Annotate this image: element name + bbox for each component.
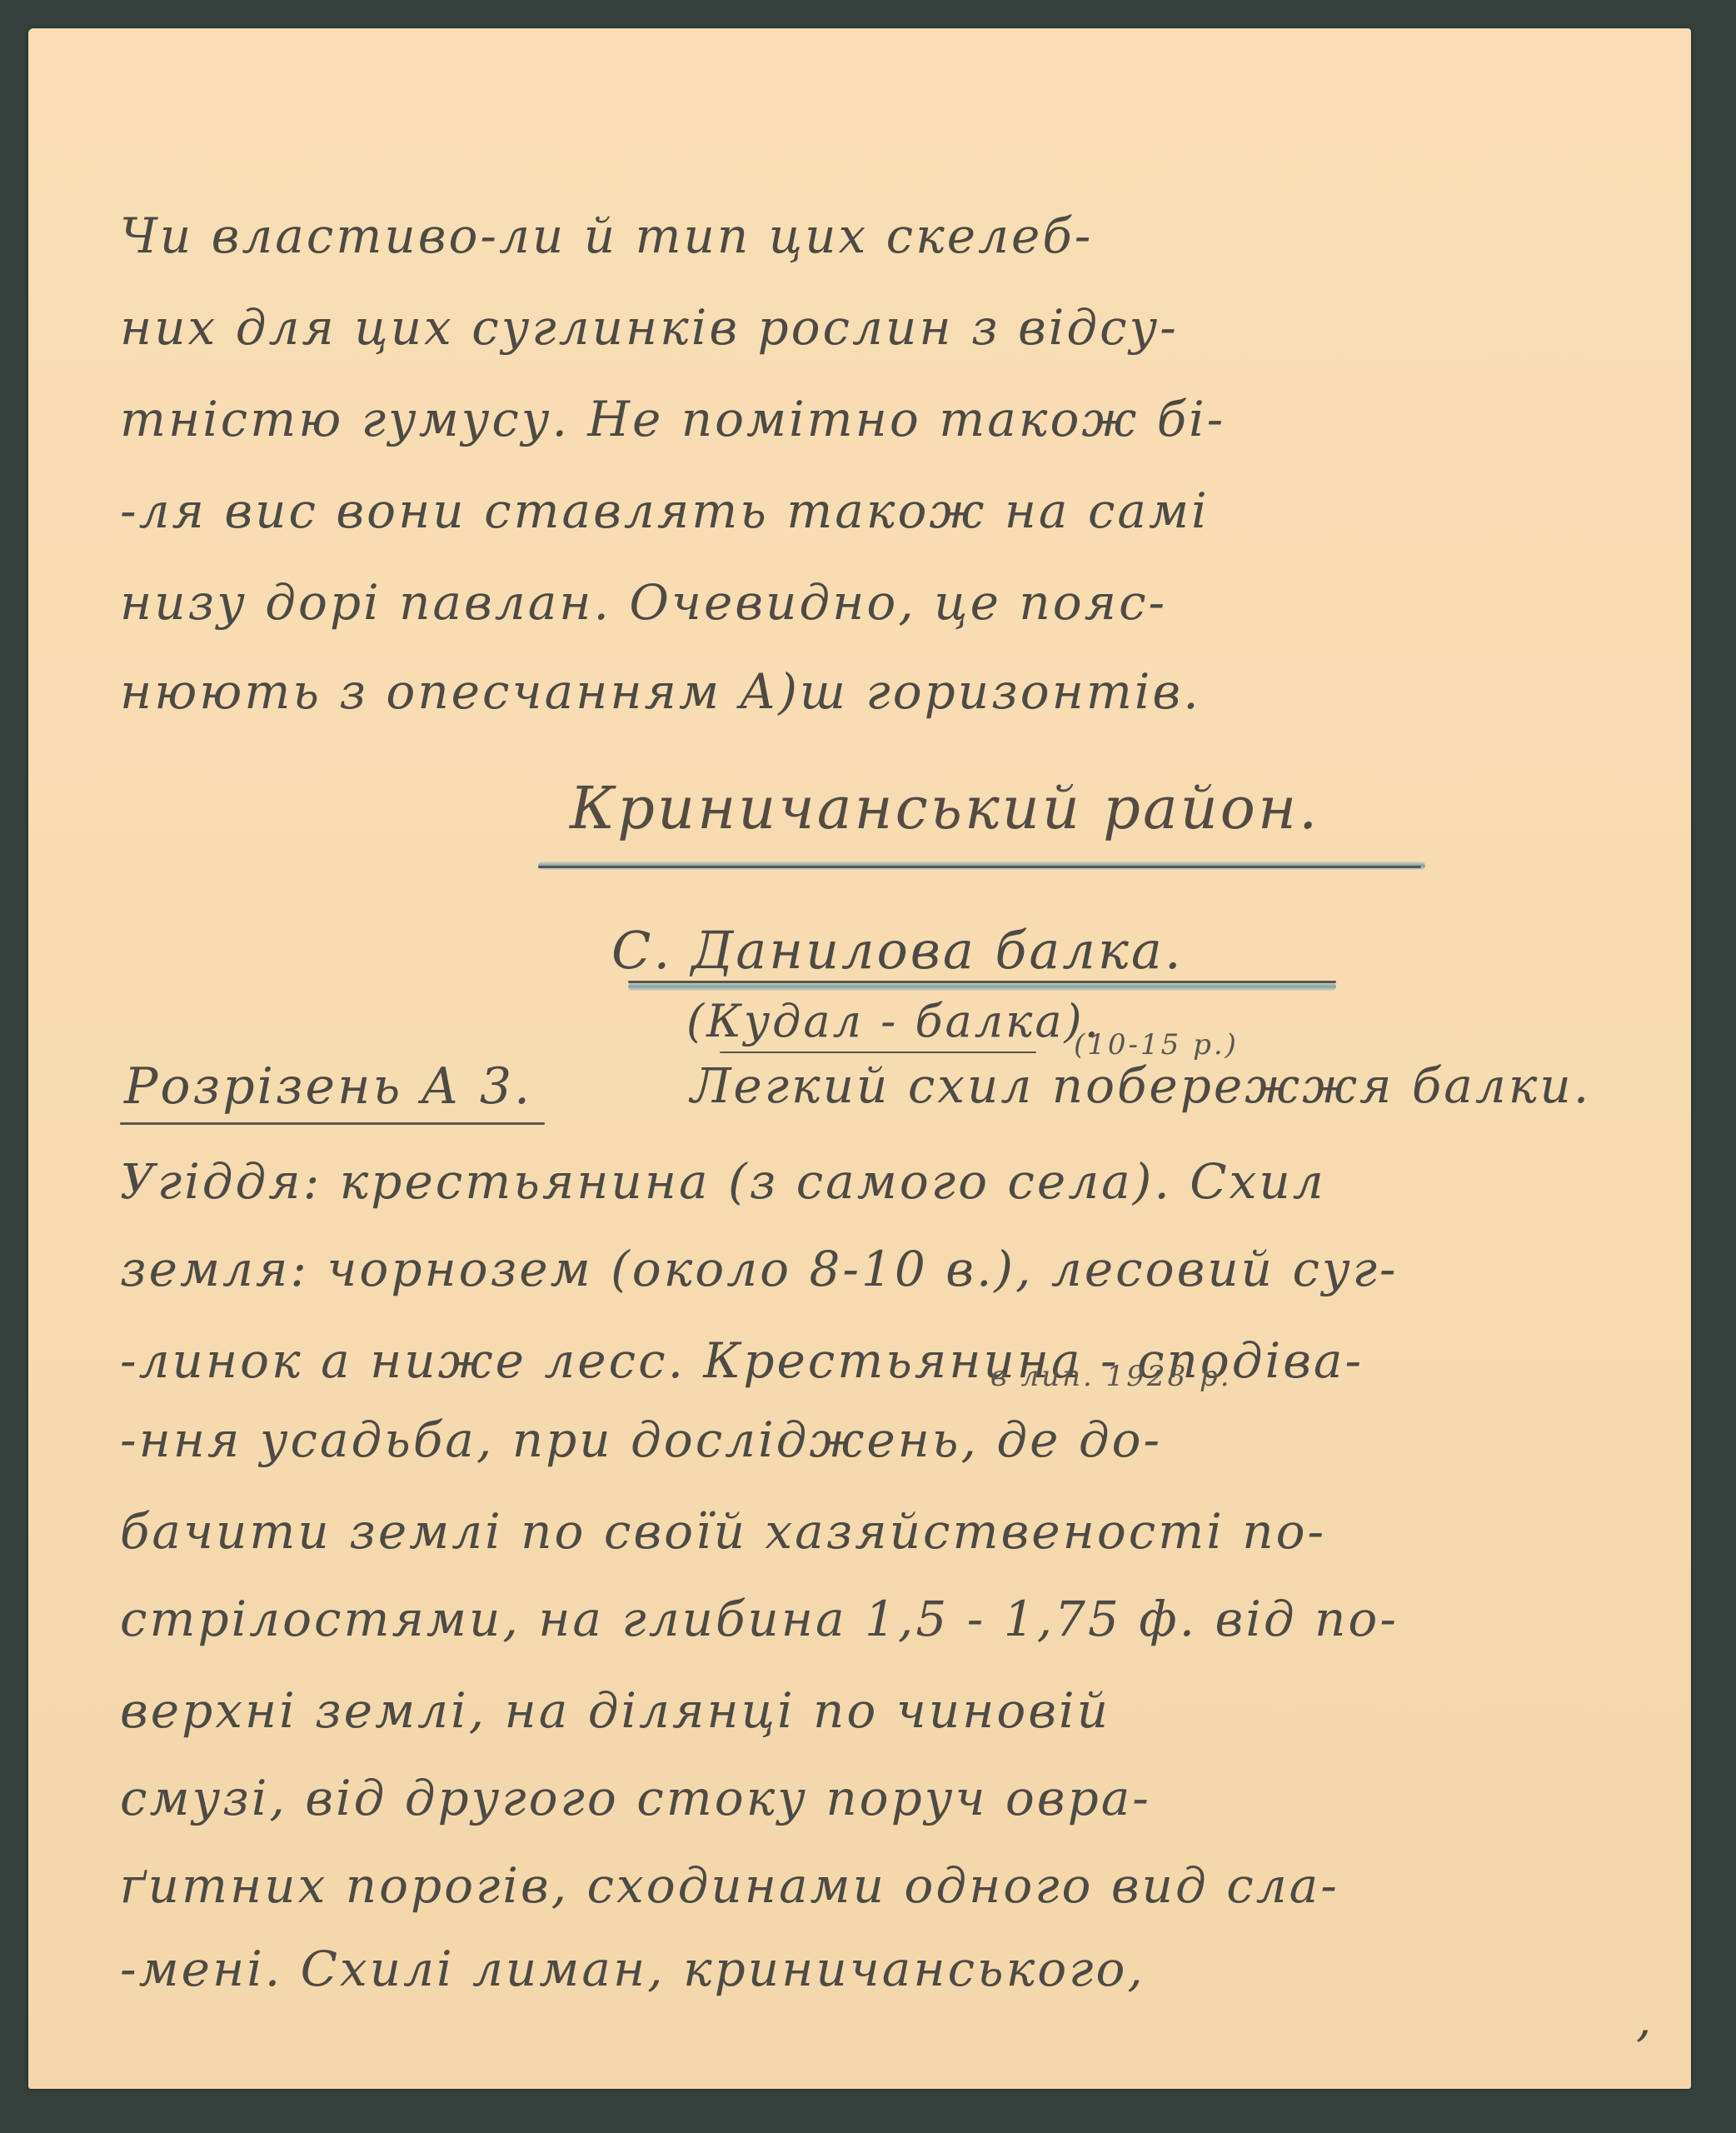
village-ink-underline bbox=[628, 981, 1336, 983]
text-line: Угіддя: крестьянина (з самого села). Схи… bbox=[120, 1153, 1326, 1210]
text-line: ґитних порогів, сходинами одного вид сла… bbox=[120, 1857, 1339, 1914]
text-line: Чи властиво-ли й тип цих скелеб- bbox=[120, 207, 1093, 264]
text-line: низу дорі павлан. Очевидно, це пояс- bbox=[120, 574, 1167, 631]
heading-ink-underline bbox=[538, 866, 1421, 868]
trailing-mark: , bbox=[1636, 1991, 1654, 2047]
village-note: (10-15 р.) bbox=[1074, 1028, 1239, 1062]
alt-name-underline bbox=[720, 1052, 1036, 1053]
text-line: стрілостями, на глибина 1,5 - 1,75 ф. ві… bbox=[120, 1591, 1399, 1647]
section-heading: Криничанський район. bbox=[570, 774, 1319, 842]
village-blue-underline bbox=[628, 982, 1336, 991]
text-line: смузі, від другого стоку поруч овра- bbox=[120, 1770, 1151, 1826]
profile-label: Розрізень А 3. bbox=[124, 1057, 532, 1116]
village-title: С. Данилова балка. bbox=[611, 920, 1184, 981]
text-line: -ння усадьба, при досліджень, де до- bbox=[120, 1411, 1162, 1468]
text-line: Легкий схил побережжя балки. bbox=[691, 1057, 1591, 1114]
village-alt-name: (Кудал - балка). bbox=[686, 995, 1101, 1047]
manuscript-page: Чи властиво-ли й тип цих скелеб- них для… bbox=[28, 28, 1691, 2089]
text-line: бачити землі по своїй хазяйственості по- bbox=[120, 1503, 1326, 1560]
inline-date-note: в лип. 1928 р. bbox=[990, 1360, 1232, 1393]
text-line: нюють з опесчанням А)ш горизонтів. bbox=[120, 663, 1201, 720]
text-line: тністю гумусу. Не помітно також бі- bbox=[120, 391, 1225, 447]
text-line: -ля вис вони ставлять також на самі bbox=[120, 482, 1210, 539]
text-line: них для цих суглинків рослин з відсу- bbox=[120, 299, 1179, 356]
profile-label-underline bbox=[120, 1122, 545, 1125]
text-line: -мені. Схилі лиман, криничанського, bbox=[120, 1941, 1145, 1997]
text-line: верхні землі, на ділянці по чиновій bbox=[120, 1682, 1110, 1739]
text-line: земля: чорнозем (около 8-10 в.), лесовий… bbox=[120, 1241, 1399, 1297]
